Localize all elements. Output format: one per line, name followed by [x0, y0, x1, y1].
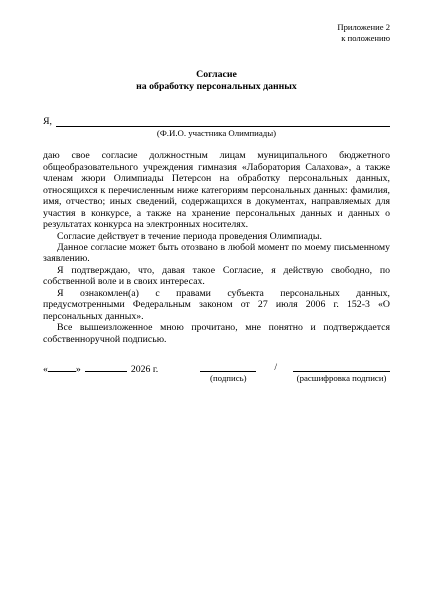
consent-form-page: Приложение 2 к положению Согласие на обр…	[0, 0, 424, 599]
date-line: «»2026 г.	[43, 362, 158, 375]
date-year: 2026 г.	[131, 364, 158, 375]
paragraph-confirmation: Все вышеизложенное мною прочитано, мне п…	[43, 322, 390, 345]
date-day-blank	[48, 362, 76, 372]
participant-name-row: Я,	[43, 116, 390, 127]
paragraph-revocation: Данное согласие может быть отозвано в лю…	[43, 242, 390, 265]
name-prefix: Я,	[43, 116, 56, 127]
paragraph-free-will: Я подтверждаю, что, давая такое Согласие…	[43, 265, 390, 288]
participant-name-blank	[56, 117, 390, 127]
name-caption: (Ф.И.О. участника Олимпиады)	[43, 128, 390, 138]
page-title-line1: Согласие	[43, 69, 390, 81]
paragraph-validity-period: Согласие действует в течение периода про…	[43, 231, 390, 242]
page-title: Согласие на обработку персональных данны…	[43, 69, 390, 92]
signature-blank	[200, 362, 256, 372]
appendix-note-line2: к положению	[43, 33, 390, 44]
signature-slash: /	[274, 362, 277, 373]
signature-caption: (подпись)	[200, 373, 256, 383]
paragraph-federal-law: Я ознакомлен(а) с правами субъекта персо…	[43, 288, 390, 322]
signature-transcript-blank	[293, 362, 390, 372]
page-title-line2: на обработку персональных данных	[43, 81, 390, 93]
appendix-note: Приложение 2 к положению	[43, 22, 390, 43]
paragraph-consent-grant: даю свое согласие должностным лицам муни…	[43, 150, 390, 230]
signature-transcript-caption: (расшифровка подписи)	[293, 373, 390, 383]
date-quote-close: »	[76, 364, 81, 375]
date-month-blank	[85, 362, 127, 372]
signature-transcript-field: (расшифровка подписи)	[293, 362, 390, 383]
signature-field: (подпись)	[200, 362, 256, 383]
consent-body: даю свое согласие должностным лицам муни…	[43, 150, 390, 345]
date-signature-row: «»2026 г. (подпись) / (расшифровка подпи…	[43, 362, 390, 383]
appendix-note-line1: Приложение 2	[43, 22, 390, 33]
